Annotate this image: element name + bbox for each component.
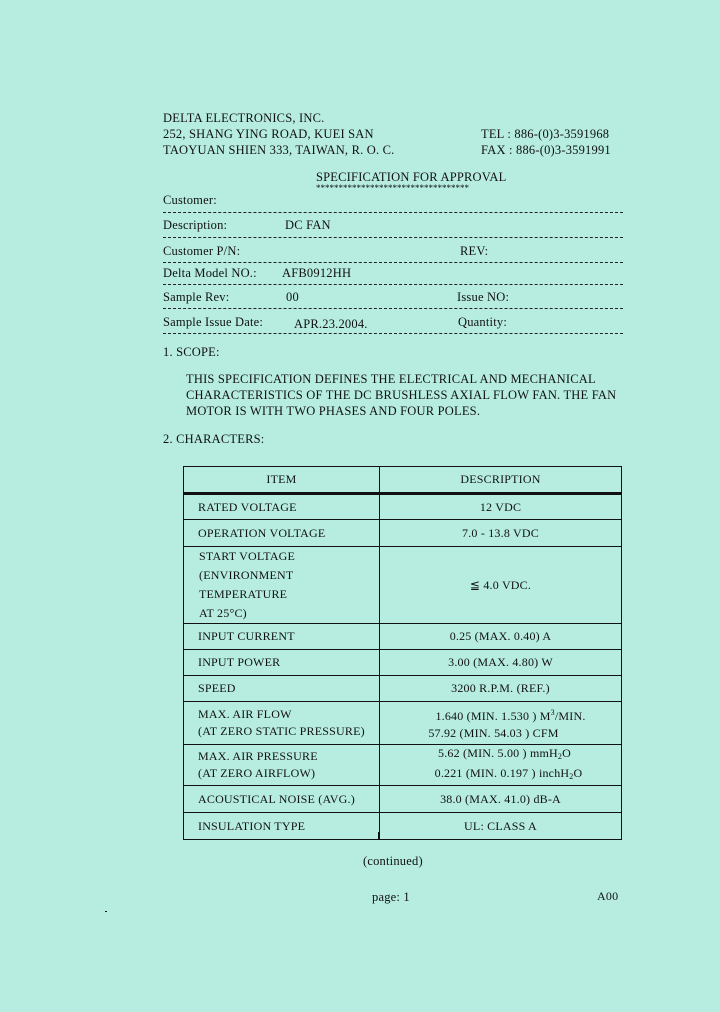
issue-no-label: Issue NO: bbox=[457, 290, 509, 305]
characteristics-table: ITEM DESCRIPTION RATED VOLTAGE 12 VDC OP… bbox=[183, 466, 622, 840]
scope-heading: 1. SCOPE: bbox=[163, 345, 220, 360]
table-row: INPUT POWER 3.00 (MAX. 4.80) W bbox=[184, 650, 622, 676]
table-row: ACOUSTICAL NOISE (AVG.) 38.0 (MAX. 41.0)… bbox=[184, 786, 622, 813]
description-cell: 1.640 (MIN. 1.530 ) M3/MIN. 57.92 (MIN. … bbox=[380, 702, 622, 745]
table-header-row: ITEM DESCRIPTION bbox=[184, 467, 622, 494]
item-cell: MAX. AIR PRESSURE (AT ZERO AIRFLOW) bbox=[184, 745, 380, 786]
item-line: (AT ZERO AIRFLOW) bbox=[198, 765, 379, 782]
description-line: 1.640 (MIN. 1.530 ) M3/MIN. bbox=[380, 704, 621, 725]
divider bbox=[163, 262, 623, 263]
item-line: (ENVIRONMENT TEMPERATURE bbox=[199, 566, 379, 604]
scope-line: MOTOR IS WITH TWO PHASES AND FOUR POLES. bbox=[186, 403, 616, 419]
sample-rev-value: 00 bbox=[286, 290, 299, 305]
description-value: DC FAN bbox=[285, 218, 331, 233]
address-line-1: 252, SHANG YING ROAD, KUEI SAN bbox=[163, 126, 374, 142]
table-continuation-edge bbox=[183, 832, 184, 839]
description-line: 5.62 (MIN. 5.00 ) mmH2O bbox=[380, 745, 621, 765]
customer-pn-label: Customer P/N: bbox=[163, 244, 240, 259]
divider bbox=[163, 212, 623, 213]
divider bbox=[163, 237, 623, 238]
table-continuation-edge bbox=[621, 832, 622, 839]
table-row: MAX. AIR PRESSURE (AT ZERO AIRFLOW) 5.62… bbox=[184, 745, 622, 786]
address-line-2: TAOYUAN SHIEN 333, TAIWAN, R. O. C. bbox=[163, 142, 395, 158]
item-cell: START VOLTAGE (ENVIRONMENT TEMPERATURE A… bbox=[184, 547, 380, 624]
document-title: SPECIFICATION FOR APPROVAL bbox=[316, 170, 506, 184]
item-line: MAX. AIR FLOW bbox=[198, 706, 379, 723]
fax: FAX : 886-(0)3-3591991 bbox=[481, 142, 611, 158]
characters-heading: 2. CHARACTERS: bbox=[163, 432, 264, 447]
description-cell: 7.0 - 13.8 VDC bbox=[380, 520, 622, 547]
table-row: OPERATION VOLTAGE 7.0 - 13.8 VDC bbox=[184, 520, 622, 547]
description-cell: ≦ 4.0 VDC. bbox=[380, 547, 622, 624]
scope-text: THIS SPECIFICATION DEFINES THE ELECTRICA… bbox=[186, 371, 616, 419]
model-value: AFB0912HH bbox=[282, 266, 351, 281]
page-number: page: 1 bbox=[372, 890, 410, 905]
sample-issue-date-value: APR.23.2004. bbox=[294, 317, 368, 332]
item-line: AT 25°C) bbox=[199, 604, 379, 623]
item-cell: RATED VOLTAGE bbox=[184, 494, 380, 520]
sample-issue-date-label: Sample Issue Date: bbox=[163, 315, 263, 330]
description-line: 57.92 (MIN. 54.03 ) CFM bbox=[380, 725, 621, 742]
item-cell: MAX. AIR FLOW (AT ZERO STATIC PRESSURE) bbox=[184, 702, 380, 745]
divider bbox=[163, 333, 623, 334]
item-line: MAX. AIR PRESSURE bbox=[198, 748, 379, 765]
column-header-description: DESCRIPTION bbox=[380, 467, 622, 494]
table-row: RATED VOLTAGE 12 VDC bbox=[184, 494, 622, 520]
table-row: INSULATION TYPE UL: CLASS A bbox=[184, 813, 622, 840]
scope-line: THIS SPECIFICATION DEFINES THE ELECTRICA… bbox=[186, 371, 616, 387]
table-row: INPUT CURRENT 0.25 (MAX. 0.40) A bbox=[184, 624, 622, 650]
item-cell: OPERATION VOLTAGE bbox=[184, 520, 380, 547]
sample-rev-label: Sample Rev: bbox=[163, 290, 229, 305]
item-line: (AT ZERO STATIC PRESSURE) bbox=[198, 723, 379, 740]
customer-label: Customer: bbox=[163, 193, 217, 208]
description-cell: 5.62 (MIN. 5.00 ) mmH2O 0.221 (MIN. 0.19… bbox=[380, 745, 622, 786]
item-cell: INSULATION TYPE bbox=[184, 813, 380, 840]
company-name: DELTA ELECTRONICS, INC. bbox=[163, 110, 324, 126]
item-line: START VOLTAGE bbox=[199, 547, 379, 566]
description-cell: UL: CLASS A bbox=[380, 813, 622, 840]
model-label: Delta Model NO.: bbox=[163, 266, 257, 281]
description-cell: 0.25 (MAX. 0.40) A bbox=[380, 624, 622, 650]
continued-note: (continued) bbox=[363, 854, 423, 869]
description-line: 0.221 (MIN. 0.197 ) inchH2O bbox=[380, 765, 621, 785]
description-cell: 12 VDC bbox=[380, 494, 622, 520]
table-row: MAX. AIR FLOW (AT ZERO STATIC PRESSURE) … bbox=[184, 702, 622, 745]
title-underline: ********************************** bbox=[316, 184, 469, 192]
revision-code: A00 bbox=[597, 889, 618, 904]
item-cell: ACOUSTICAL NOISE (AVG.) bbox=[184, 786, 380, 813]
quantity-label: Quantity: bbox=[458, 315, 507, 330]
description-cell: 38.0 (MAX. 41.0) dB-A bbox=[380, 786, 622, 813]
table-row: START VOLTAGE (ENVIRONMENT TEMPERATURE A… bbox=[184, 547, 622, 624]
item-cell: SPEED bbox=[184, 676, 380, 702]
description-cell: 3200 R.P.M. (REF.) bbox=[380, 676, 622, 702]
telephone: TEL : 886-(0)3-3591968 bbox=[481, 126, 609, 142]
description-label: Description: bbox=[163, 218, 227, 233]
table-row: SPEED 3200 R.P.M. (REF.) bbox=[184, 676, 622, 702]
item-cell: INPUT CURRENT bbox=[184, 624, 380, 650]
description-cell: 3.00 (MAX. 4.80) W bbox=[380, 650, 622, 676]
scope-line: CHARACTERISTICS OF THE DC BRUSHLESS AXIA… bbox=[186, 387, 616, 403]
divider bbox=[163, 308, 623, 309]
divider bbox=[163, 284, 623, 285]
item-cell: INPUT POWER bbox=[184, 650, 380, 676]
stray-dot bbox=[105, 911, 107, 912]
rev-label: REV: bbox=[460, 244, 488, 259]
column-header-item: ITEM bbox=[184, 467, 380, 494]
table-continuation-edge bbox=[378, 832, 379, 839]
